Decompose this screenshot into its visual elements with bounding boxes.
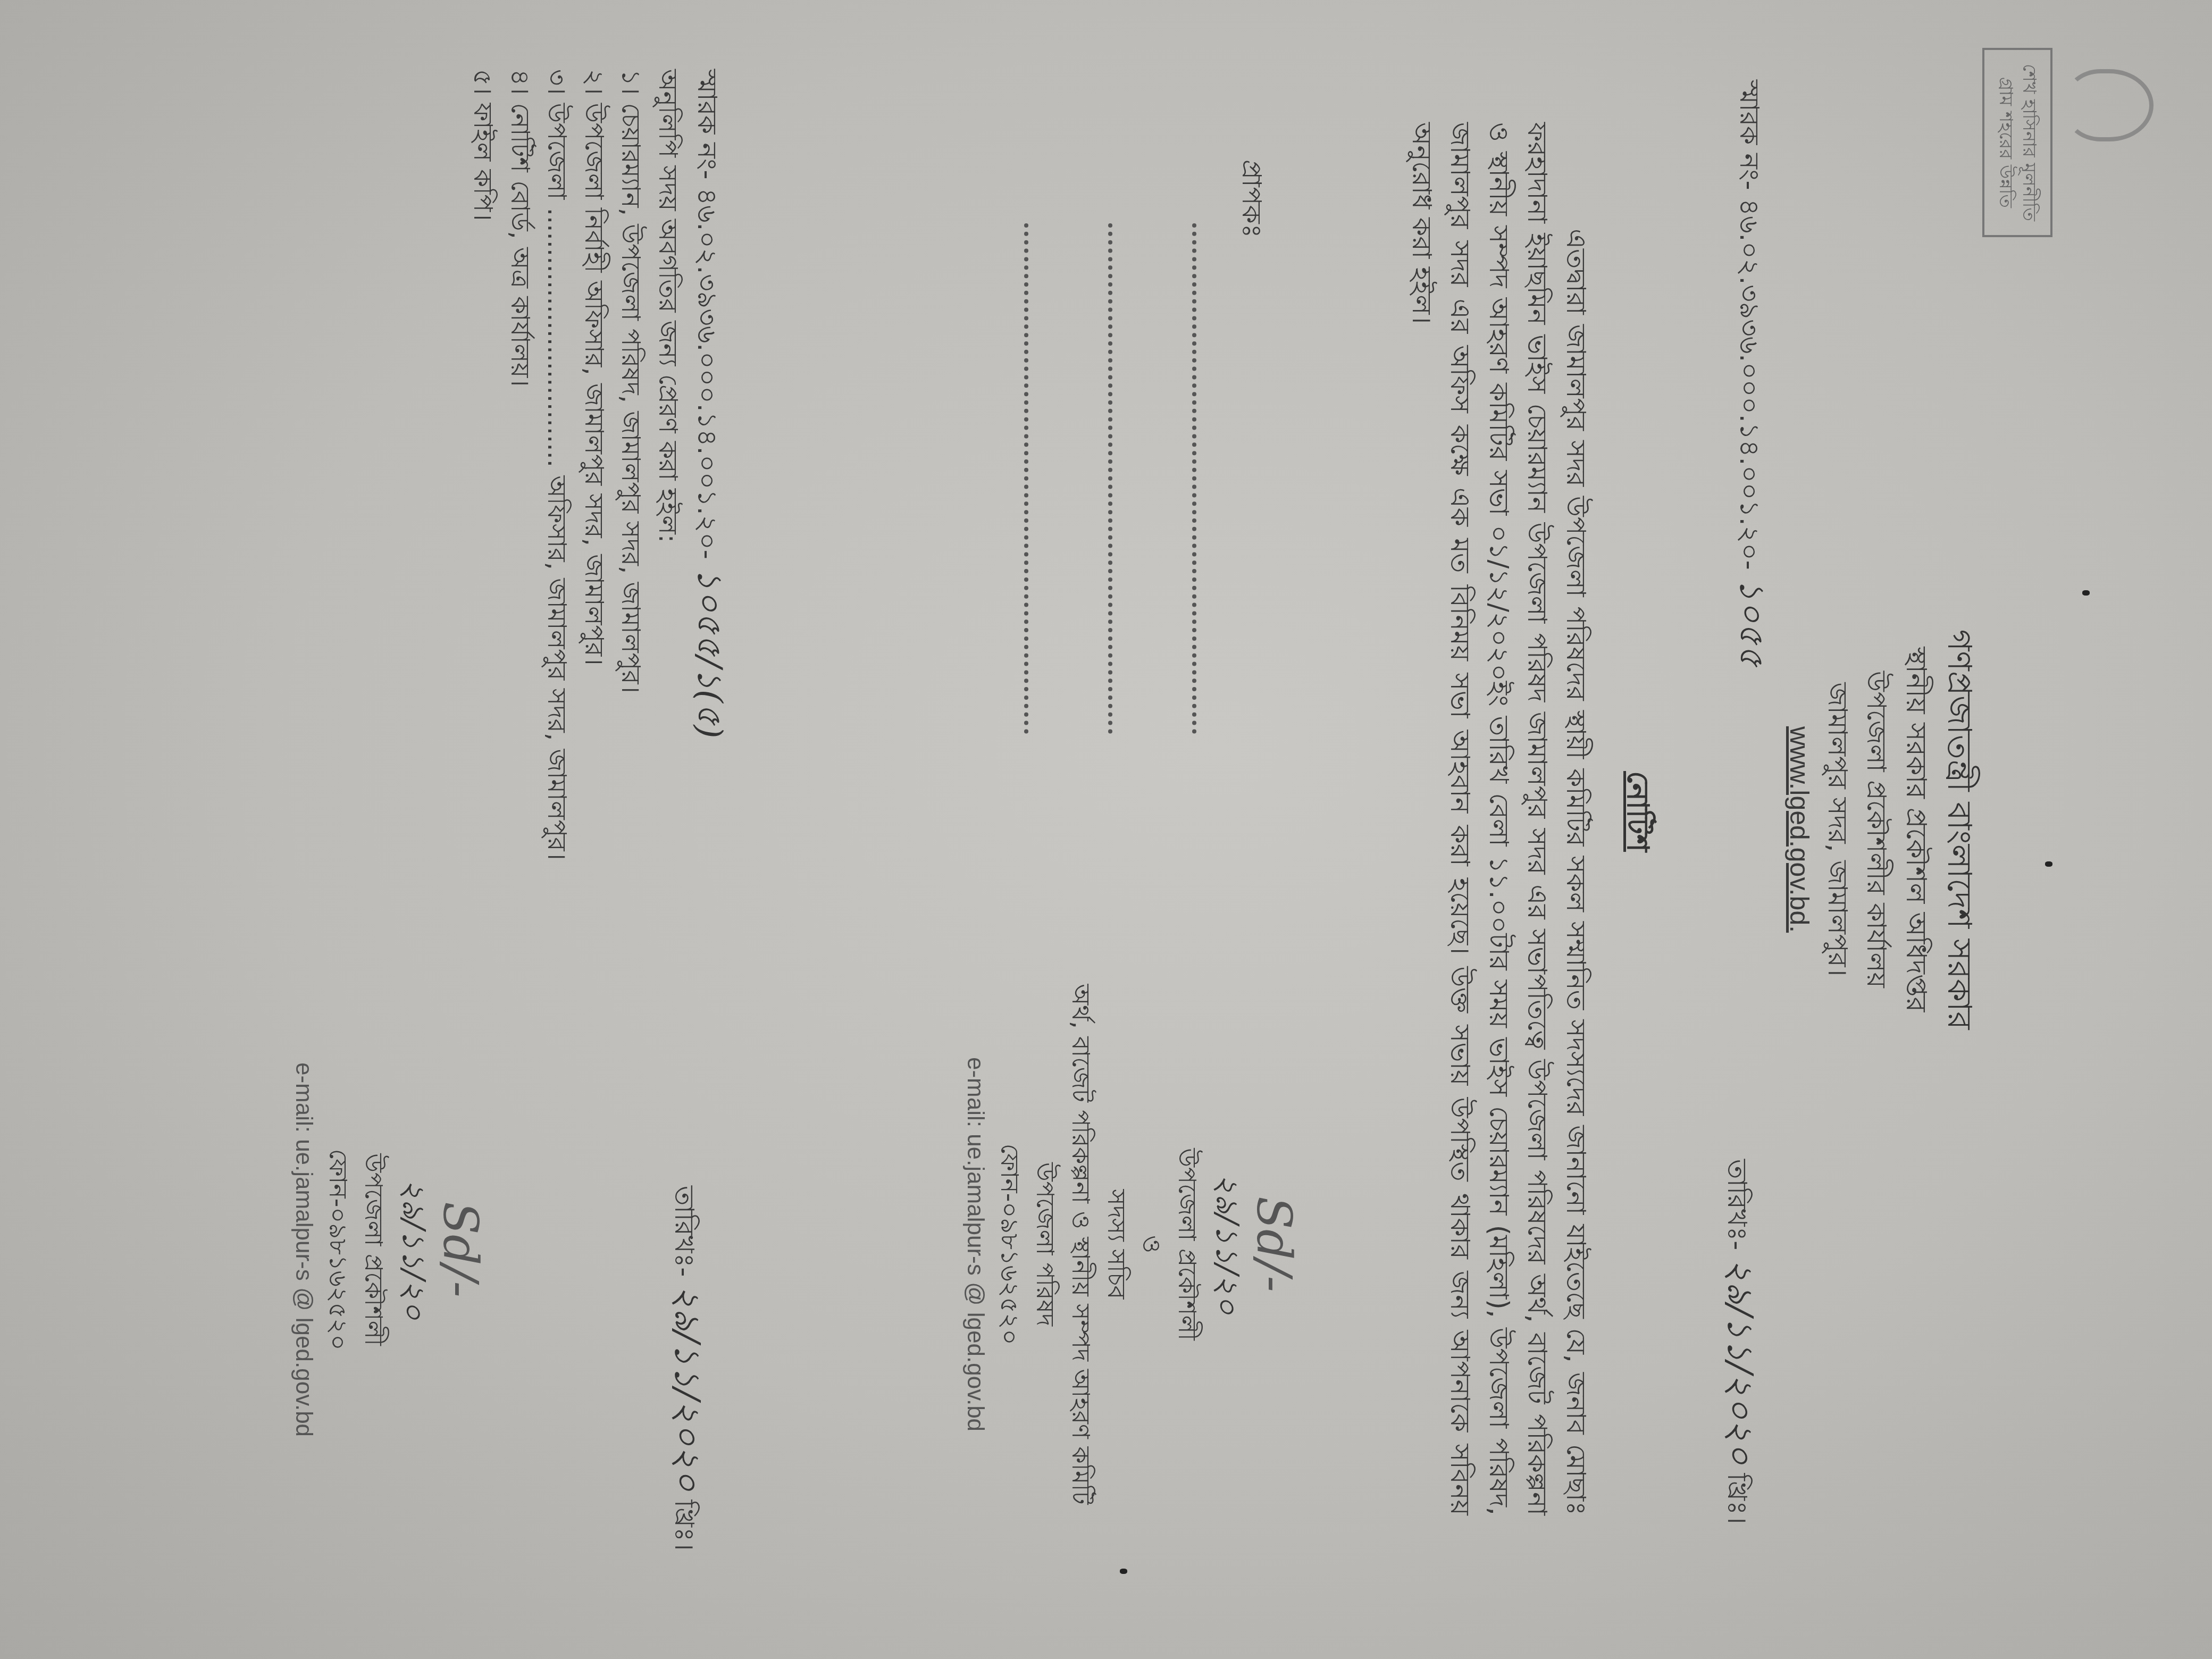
date-suffix: খ্রিঃ। [1722, 1473, 1753, 1524]
recipient-lines [966, 223, 1218, 734]
signature-2-date: ২৯/১১/২০ [391, 1010, 436, 1489]
memo-2-number: ৪৬.০২.৩৯৩৬.০০০.১৪.০০১.২০- [692, 188, 723, 559]
signature-1-role: সদস্য সচিব [1099, 946, 1134, 1542]
paper-speck [1120, 1569, 1127, 1574]
date-line: তারিখঃ- ২৯/১১/২০২০ খ্রিঃ। [1714, 1159, 1765, 1524]
recipient-blank-3[interactable] [1024, 223, 1050, 734]
copy-item: ৪। নোটিশ বোর্ড, অত্র কার্যালয়। [501, 69, 538, 860]
signature-1-committee: অর্থ, বাজেট পরিকল্পনা ও স্থানীয় সম্পদ আ… [1063, 946, 1099, 1542]
date-2-label: তারিখঃ- [669, 1186, 700, 1277]
memo-line: স্মারক নং- ৪৬.০২.৩৯৩৬.০০০.১৪.০০১.২০- ১০৫… [1727, 80, 1776, 667]
paper-speck [2045, 861, 2052, 867]
date-2-handwritten: ২৯/১১/২০২০ [667, 1285, 708, 1492]
signature-2-designation: উপজেলা প্রকৌশলী [356, 1010, 391, 1489]
signature-1-email[interactable]: e-mail: ue.jamalpur-s @ lged.gov.bd [958, 946, 992, 1542]
signature-1-conjunction: ও [1134, 946, 1170, 1542]
signature-2-scribble: Sd/- [436, 1010, 484, 1489]
signature-1-designation: উপজেলা প্রকৌশলী [1169, 946, 1205, 1542]
header-office: উপজেলা প্রকৌশলীর কার্যালয় [1857, 457, 1896, 1202]
signature-2-email[interactable]: e-mail: ue.jamalpur-s @ lged.gov.bd [287, 1010, 321, 1489]
date-2-line: তারিখঃ- ২৯/১১/২০২০ খ্রিঃ। [661, 1186, 713, 1551]
memo-2-handwritten: ১০৫৫/১(৫) [690, 568, 729, 739]
paper-speck [2082, 590, 2090, 596]
notice-title: নোটিশ [1616, 771, 1659, 852]
copy-item: ৫। ফাইল কপি। [464, 69, 501, 860]
motto-line-1: শেখ হাসিনার মূলনীতি [2017, 64, 2041, 221]
motto-line-2: গ্রাম শহরের উন্নতি [1994, 64, 2017, 221]
signature-2-phone: ফোন-০৯৮১৬২৫২০ [321, 1010, 356, 1489]
letterhead: গণপ্রজাতন্ত্রী বাংলাদেশ সরকার স্থানীয় স… [1780, 457, 1983, 1202]
signature-block-1: Sd/- ২৯/১১/২০ উপজেলা প্রকৌশলী ও সদস্য সচ… [958, 946, 1297, 1542]
signature-1-date: ২৯/১১/২০ [1205, 946, 1250, 1542]
header-website[interactable]: www.lged.gov.bd. [1780, 457, 1819, 1202]
date-handwritten: ২৯/১১/২০২০ [1720, 1259, 1761, 1465]
memo-2-label: স্মারক নং- [692, 69, 723, 180]
copy-list: অনুলিপি সদয় অবগতির জন্য প্রেরণ করা হইল:… [464, 69, 686, 860]
date-2-suffix: খ্রিঃ। [669, 1500, 700, 1551]
signature-1-council: উপজেলা পরিষদ [1027, 946, 1063, 1542]
motto-box: শেখ হাসিনার মূলনীতি গ্রাম শহরের উন্নতি [1982, 48, 2052, 237]
notice-body: এতদ্বারা জামালপুর সদর উপজেলা পরিষদের স্থ… [1403, 122, 1596, 1515]
copy-item: ১। চেয়ারম্যান, উপজেলা পরিষদ, জামালপুর স… [612, 69, 649, 860]
copy-item: ৩। উপজেলা ..............................… [538, 69, 575, 860]
signature-1-scribble: Sd/- [1250, 946, 1297, 1542]
recipient-blank-1[interactable] [1192, 223, 1218, 734]
header-address: জামালপুর সদর, জামালপুর। [1819, 457, 1857, 1202]
memo-label: স্মারক নং- [1734, 80, 1765, 190]
memo-handwritten: ১০৫৫ [1732, 579, 1771, 667]
memo-number: ৪৬.০২.৩৯৩৬.০০০.১৪.০০১.২০- [1734, 199, 1765, 570]
copy-intro: অনুলিপি সদয় অবগতির জন্য প্রেরণ করা হইল: [649, 69, 686, 860]
header-department: স্থানীয় সরকার প্রকৌশল অধিদপ্তর [1896, 457, 1935, 1202]
copy-item: ২। উপজেলা নির্বাহী অফিসার, জামালপুর সদর,… [575, 69, 612, 860]
date-label: তারিখঃ- [1722, 1159, 1753, 1250]
notice-document: শেখ হাসিনার মূলনীতি গ্রাম শহরের উন্নতি গ… [0, 0, 2212, 1659]
portrait-emblem-icon [2065, 69, 2154, 141]
recipients-label: প্রাপকঃ [1233, 160, 1271, 238]
memo-2-line: স্মারক নং- ৪৬.০২.৩৯৩৬.০০০.১৪.০০১.২০- ১০৫… [684, 69, 734, 738]
signature-1-phone: ফোন-০৯৮১৬২৫২০ [992, 946, 1028, 1542]
recipient-blank-2[interactable] [1108, 223, 1134, 734]
header-government: গণপ্রজাতন্ত্রী বাংলাদেশ সরকার [1935, 457, 1983, 1202]
signature-block-2: Sd/- ২৯/১১/২০ উপজেলা প্রকৌশলী ফোন-০৯৮১৬২… [287, 1010, 484, 1489]
